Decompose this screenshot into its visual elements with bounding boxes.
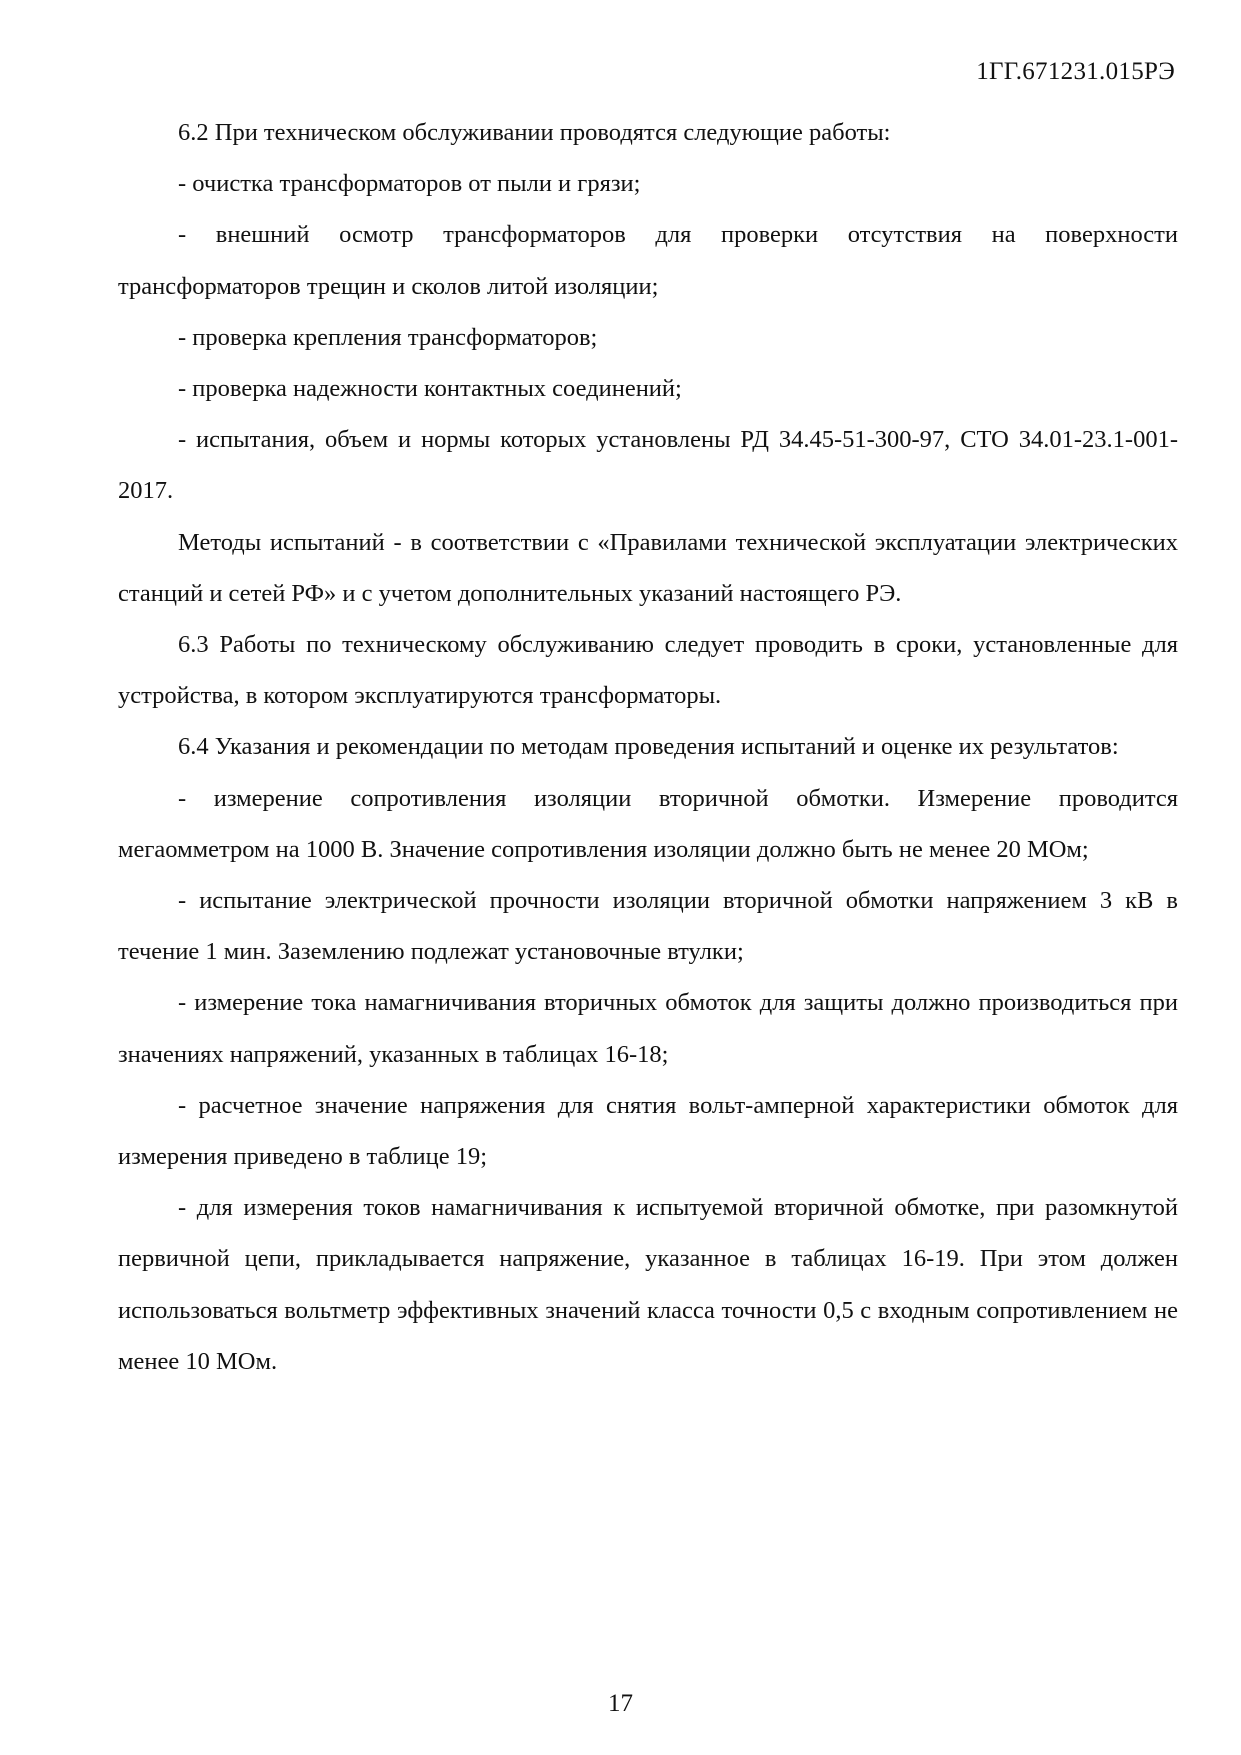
list-item-magnetizing-procedure: - для измерения токов намагничивания к и… bbox=[118, 1182, 1178, 1387]
list-item-magnetizing-current: - измерение тока намагничивания вторичны… bbox=[118, 977, 1178, 1079]
list-item-insulation-resistance: - измерение сопротивления изоляции втори… bbox=[118, 773, 1178, 875]
list-item-contacts-check: - проверка надежности контактных соедине… bbox=[118, 363, 1178, 414]
paragraph-test-methods: Методы испытаний - в соответствии с «Пра… bbox=[118, 517, 1178, 619]
page-number: 17 bbox=[0, 1690, 1241, 1718]
list-item-dielectric-strength: - испытание электрической прочности изол… bbox=[118, 875, 1178, 977]
list-item-tests: - испытания, объем и нормы которых устан… bbox=[118, 414, 1178, 516]
list-item-vac-voltage: - расчетное значение напряжения для снят… bbox=[118, 1080, 1178, 1182]
section-6-2-heading: 6.2 При техническом обслуживании проводя… bbox=[118, 107, 1178, 158]
document-body: 6.2 При техническом обслуживании проводя… bbox=[118, 107, 1178, 1387]
section-6-4-heading: 6.4 Указания и рекомендации по методам п… bbox=[118, 721, 1178, 772]
list-item-visual-inspection: - внешний осмотр трансформаторов для про… bbox=[118, 209, 1178, 311]
list-item-cleaning: - очистка трансформаторов от пыли и гряз… bbox=[118, 158, 1178, 209]
section-6-3: 6.3 Работы по техническому обслуживанию … bbox=[118, 619, 1178, 721]
list-item-mounting-check: - проверка крепления трансформаторов; bbox=[118, 312, 1178, 363]
document-code: 1ГГ.671231.015РЭ bbox=[976, 58, 1175, 86]
